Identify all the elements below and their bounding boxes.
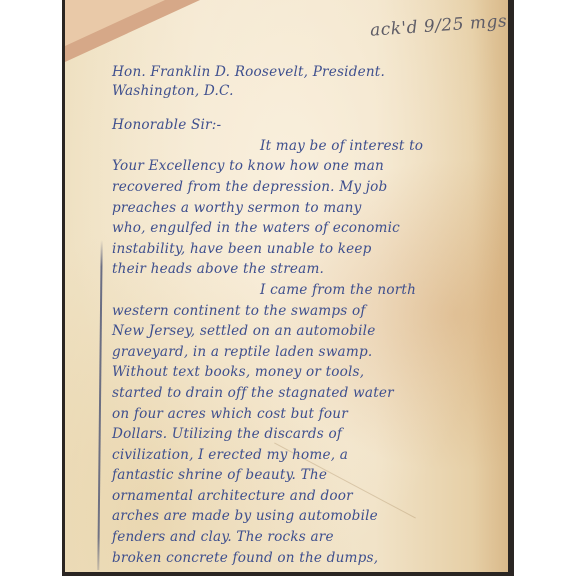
pencil-annotation: ack'd 9/25 mgs — [369, 11, 507, 41]
pencil-margin-line — [97, 240, 102, 570]
paragraph-2-line: ornamental architecture and door — [112, 486, 507, 507]
paragraph-1-line: Your Excellency to know how one man — [112, 156, 507, 177]
paragraph-2-line: graveyard, in a reptile laden swamp. — [112, 342, 507, 363]
paragraph-2-line: civilization, I erected my home, a — [112, 445, 507, 466]
salutation: Honorable Sir:- — [112, 115, 507, 136]
address-line-1: Hon. Franklin D. Roosevelt, President. — [112, 62, 507, 83]
paragraph-2-line: fenders and clay. The rocks are — [112, 527, 507, 548]
paragraph-2-line: New Jersey, settled on an automobile — [112, 321, 507, 342]
paragraph-2-line: on four acres which cost but four — [112, 404, 507, 425]
letter-body: Hon. Franklin D. Roosevelt, President. W… — [112, 62, 507, 568]
paragraph-2-line: arches are made by using automobile — [112, 506, 507, 527]
address-line-2: Washington, D.C. — [112, 81, 507, 102]
paragraph-1-line: who, engulfed in the waters of economic — [112, 218, 507, 239]
paragraph-2-line: Without text books, money or tools, — [112, 362, 507, 383]
paragraph-2-line: Dollars. Utilizing the discards of — [112, 424, 507, 445]
paragraph-2-line: fantastic shrine of beauty. The — [112, 465, 507, 486]
paragraph-1-line: their heads above the stream. — [112, 259, 507, 280]
paragraph-2-line: I came from the north — [112, 280, 507, 301]
paragraph-2-line: broken concrete found on the dumps, — [112, 548, 507, 569]
paragraph-2-line: western continent to the swamps of — [112, 301, 507, 322]
paragraph-1-line: recovered from the depression. My job — [112, 177, 507, 198]
paragraph-1-line: preaches a worthy sermon to many — [112, 198, 507, 219]
letter-page: ack'd 9/25 mgs Hon. Franklin D. Roosevel… — [65, 0, 508, 572]
paragraph-2-line: started to drain off the stagnated water — [112, 383, 507, 404]
paragraph-1-line: It may be of interest to — [112, 136, 507, 157]
folded-corner-highlight — [65, 0, 165, 46]
paragraph-1-line: instability, have been unable to keep — [112, 239, 507, 260]
